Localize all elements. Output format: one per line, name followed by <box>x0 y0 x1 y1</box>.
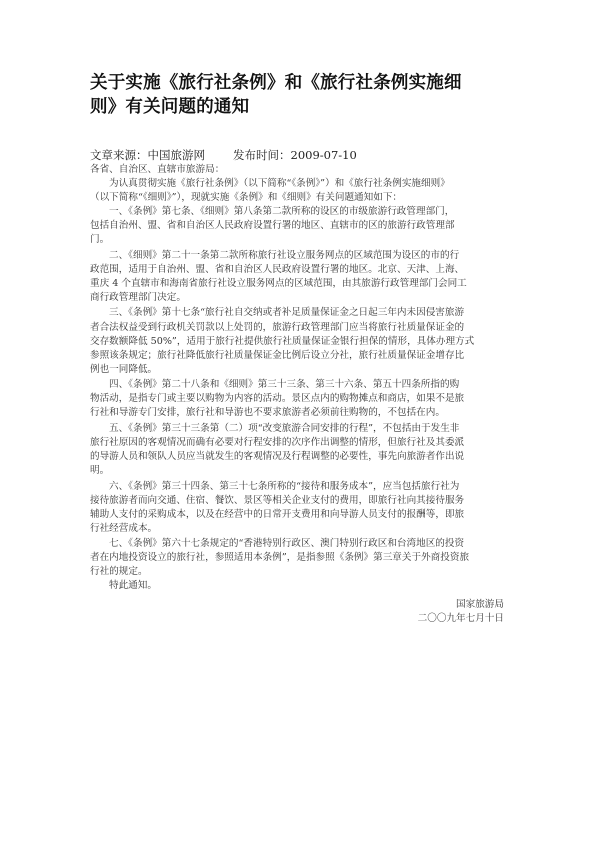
document-page: 关于实施《旅行社条例》和《旅行社条例实施细 则》有关问题的通知 文章来源：中国旅… <box>0 0 595 842</box>
paragraph-line: 二、《细则》第二十一条第二款所称旅行社设立服务网点的区域范围为设区的市的行 <box>90 249 500 263</box>
paragraph-line: 的导游人员和领队人员应当就发生的客观情况及行程调整的必要性，事先向旅游者作出说 <box>90 450 500 464</box>
paragraph-item-3: 三、《条例》第十七条“旅行社自交纳或者补足质量保证金之日起三年内未因侵害旅游 者… <box>90 306 500 376</box>
paragraph-line: 七、《条例》第六十七条规定的“香港特别行政区、澳门特别行政区和台湾地区的投资 <box>90 537 500 551</box>
paragraph-line: 旅行社原因的客观情况而确有必要对行程安排的次序作出调整的情形，但旅行社及其委派 <box>90 436 500 450</box>
paragraph-line: 者在内地投资设立的旅行社，参照适用本条例”，是指参照《条例》第三章关于外商投资旅 <box>90 551 500 565</box>
paragraph-line: 行社经营成本。 <box>90 522 500 536</box>
paragraph-line: 辅助人支付的采购成本，以及在经营中的日常开支费用和向导游人员支付的报酬等，即旅 <box>90 508 500 522</box>
paragraph-item-4: 四、《条例》第二十八条和《细则》第三十三条、第三十六条、第五十四条所指的购 物活… <box>90 378 500 420</box>
document-body: 各省、自治区、直辖市旅游局： 为认真贯彻实施《旅行社条例》（以下简称“《条例》”… <box>90 163 500 593</box>
paragraph-item-5: 五、《条例》第三十三条第（二）项“改变旅游合同安排的行程”，不包括由于发生非 旅… <box>90 422 500 478</box>
paragraph-item-2: 二、《细则》第二十一条第二款所称旅行社设立服务网点的区域范围为设区的市的行 政范… <box>90 249 500 305</box>
publish-date: 2009-07-10 <box>291 148 357 162</box>
paragraph-closing: 特此通知。 <box>90 579 500 593</box>
paragraph-line: 五、《条例》第三十三条第（二）项“改变旅游合同安排的行程”，不包括由于发生非 <box>90 422 500 436</box>
paragraph-item-6: 六、《条例》第三十四条、第三十七条所称的“接待和服务成本”，应当包括旅行社为 接… <box>90 480 500 536</box>
paragraph-line: 参照该条规定；旅行社降低旅行社质量保证金比例后设立分社，旅行社质量保证金增存比 <box>90 349 500 363</box>
paragraph-line: 为认真贯彻实施《旅行社条例》（以下简称“《条例》”）和《旅行社条例实施细则》 <box>90 177 500 191</box>
paragraph-item-7: 七、《条例》第六十七条规定的“香港特别行政区、澳门特别行政区和台湾地区的投资 者… <box>90 537 500 579</box>
paragraph-item-1: 一、《条例》第七条、《细则》第八条第二款所称的设区的市级旅游行政管理部门， 包括… <box>90 205 500 247</box>
paragraph-line: 四、《条例》第二十八条和《细则》第三十三条、第三十六条、第五十四条所指的购 <box>90 378 500 392</box>
paragraph-line: 门。 <box>90 233 500 247</box>
signature-date: 二〇〇九年七月十日 <box>418 612 504 626</box>
paragraph-line: 包括自治州、盟、省和自治区人民政府设置行署的地区、直辖市的区的旅游行政管理部 <box>90 219 500 233</box>
title-line-1: 关于实施《旅行社条例》和《旅行社条例实施细 <box>90 71 530 95</box>
paragraph-line: 交存数额降低 50%”，适用于旅行社提供旅行社质量保证金银行担保的情形，具体办理… <box>90 335 500 349</box>
paragraph-line: （以下简称“《细则》”），现就实施《条例》和《细则》有关问题通知如下： <box>90 191 500 205</box>
paragraph-line: 三、《条例》第十七条“旅行社自交纳或者补足质量保证金之日起三年内未因侵害旅游 <box>90 306 500 320</box>
salutation: 各省、自治区、直辖市旅游局： <box>90 163 500 177</box>
paragraph-line: 政范围，适用于自治州、盟、省和自治区人民政府设置行署的地区。北京、天津、上海、 <box>90 263 500 277</box>
closing-line: 特此通知。 <box>90 579 500 593</box>
signature-organization: 国家旅游局 <box>418 598 504 612</box>
paragraph-line: 物活动，是指专门或主要以购物为内容的活动。景区点内的购物摊点和商店，如果不是旅 <box>90 392 500 406</box>
paragraph-line: 明。 <box>90 464 500 478</box>
signature-block: 国家旅游局 二〇〇九年七月十日 <box>418 598 504 626</box>
paragraph-line: 者合法权益受到行政机关罚款以上处罚的，旅游行政管理部门应当将旅行社质量保证金的 <box>90 321 500 335</box>
title-line-2: 则》有关问题的通知 <box>90 95 530 119</box>
page-title: 关于实施《旅行社条例》和《旅行社条例实施细 则》有关问题的通知 <box>90 71 530 119</box>
publish-label: 发布时间： <box>233 148 291 162</box>
article-meta: 文章来源：中国旅游网发布时间：2009-07-10 <box>90 148 357 162</box>
paragraph-intro: 为认真贯彻实施《旅行社条例》（以下简称“《条例》”）和《旅行社条例实施细则》 （… <box>90 177 500 205</box>
paragraph-line: 例也一同降低。 <box>90 363 500 377</box>
paragraph-line: 重庆 4 个直辖市和海南省旅行社设立服务网点的区域范围，由其旅游行政管理部门会同… <box>90 277 500 291</box>
paragraph-line: 行社和导游专门安排，旅行社和导游也不要求旅游者必须前往购物的，不包括在内。 <box>90 406 500 420</box>
source-value: 中国旅游网 <box>148 148 206 162</box>
paragraph-line: 商行政管理部门决定。 <box>90 291 500 305</box>
paragraph-line: 接待旅游者而向交通、住宿、餐饮、景区等相关企业支付的费用，即旅行社向其接待服务 <box>90 494 500 508</box>
source-label: 文章来源： <box>90 148 148 162</box>
paragraph-line: 六、《条例》第三十四条、第三十七条所称的“接待和服务成本”，应当包括旅行社为 <box>90 480 500 494</box>
paragraph-line: 行社的规定。 <box>90 565 500 579</box>
paragraph-line: 一、《条例》第七条、《细则》第八条第二款所称的设区的市级旅游行政管理部门， <box>90 205 500 219</box>
